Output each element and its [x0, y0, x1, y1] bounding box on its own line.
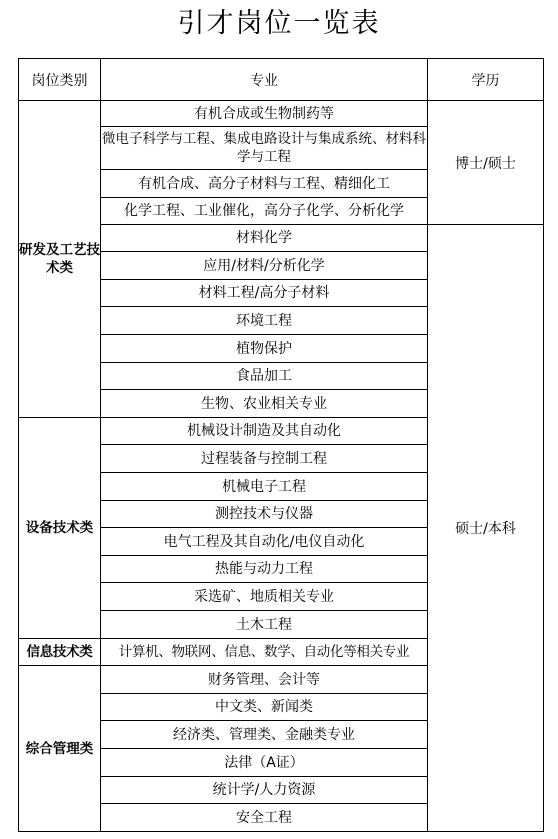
- major-cell: 法律（A证）: [101, 749, 428, 777]
- degree-cell-phd-master: 博士/硕士: [428, 101, 544, 225]
- major-cell: 化学工程、工业催化，高分子化学、分析化学: [101, 198, 428, 225]
- major-cell: 财务管理、会计等: [101, 666, 428, 694]
- major-cell: 有机合成或生物制药等: [101, 101, 428, 127]
- major-cell: 环境工程: [101, 307, 428, 335]
- category-cell-it: 信息技术类: [19, 639, 101, 666]
- major-cell: 有机合成、高分子材料与工程、精细化工: [101, 170, 428, 198]
- major-cell: 测控技术与仪器: [101, 501, 428, 528]
- major-cell: 经济类、管理类、金融类专业: [101, 721, 428, 749]
- major-cell: 安全工程: [101, 804, 428, 832]
- major-cell: 土木工程: [101, 611, 428, 639]
- header-major: 专业: [101, 59, 428, 101]
- major-cell: 中文类、新闻类: [101, 694, 428, 721]
- major-cell: 材料化学: [101, 225, 428, 252]
- major-cell: 应用/材料/分析化学: [101, 252, 428, 280]
- table-row: 研发及工艺技术类 有机合成或生物制药等 博士/硕士: [19, 101, 544, 127]
- major-cell: 计算机、物联网、信息、数学、自动化等相关专业: [101, 639, 428, 666]
- talent-positions-table: 岗位类别 专业 学历 研发及工艺技术类 有机合成或生物制药等 博士/硕士 微电子…: [18, 58, 544, 832]
- header-degree: 学历: [428, 59, 544, 101]
- major-cell: 采选矿、地质相关专业: [101, 583, 428, 611]
- major-cell: 热能与动力工程: [101, 556, 428, 583]
- major-cell: 机械电子工程: [101, 473, 428, 501]
- category-cell-equipment: 设备技术类: [19, 418, 101, 639]
- major-cell: 微电子科学与工程、集成电路设计与集成系统、材料科学与工程: [101, 127, 428, 170]
- header-category: 岗位类别: [19, 59, 101, 101]
- page-title: 引才岗位一览表: [0, 6, 558, 42]
- major-cell: 食品加工: [101, 363, 428, 390]
- major-cell: 生物、农业相关专业: [101, 390, 428, 418]
- major-cell: 植物保护: [101, 335, 428, 363]
- category-cell-rd: 研发及工艺技术类: [19, 101, 101, 418]
- major-cell: 统计学/人力资源: [101, 777, 428, 804]
- major-cell: 电气工程及其自动化/电仪自动化: [101, 528, 428, 556]
- category-cell-admin: 综合管理类: [19, 666, 101, 832]
- table-header-row: 岗位类别 专业 学历: [19, 59, 544, 101]
- major-cell: 机械设计制造及其自动化: [101, 418, 428, 445]
- degree-cell-master-bachelor: 硕士/本科: [428, 225, 544, 832]
- major-cell: 材料工程/高分子材料: [101, 280, 428, 307]
- major-cell: 过程装备与控制工程: [101, 445, 428, 473]
